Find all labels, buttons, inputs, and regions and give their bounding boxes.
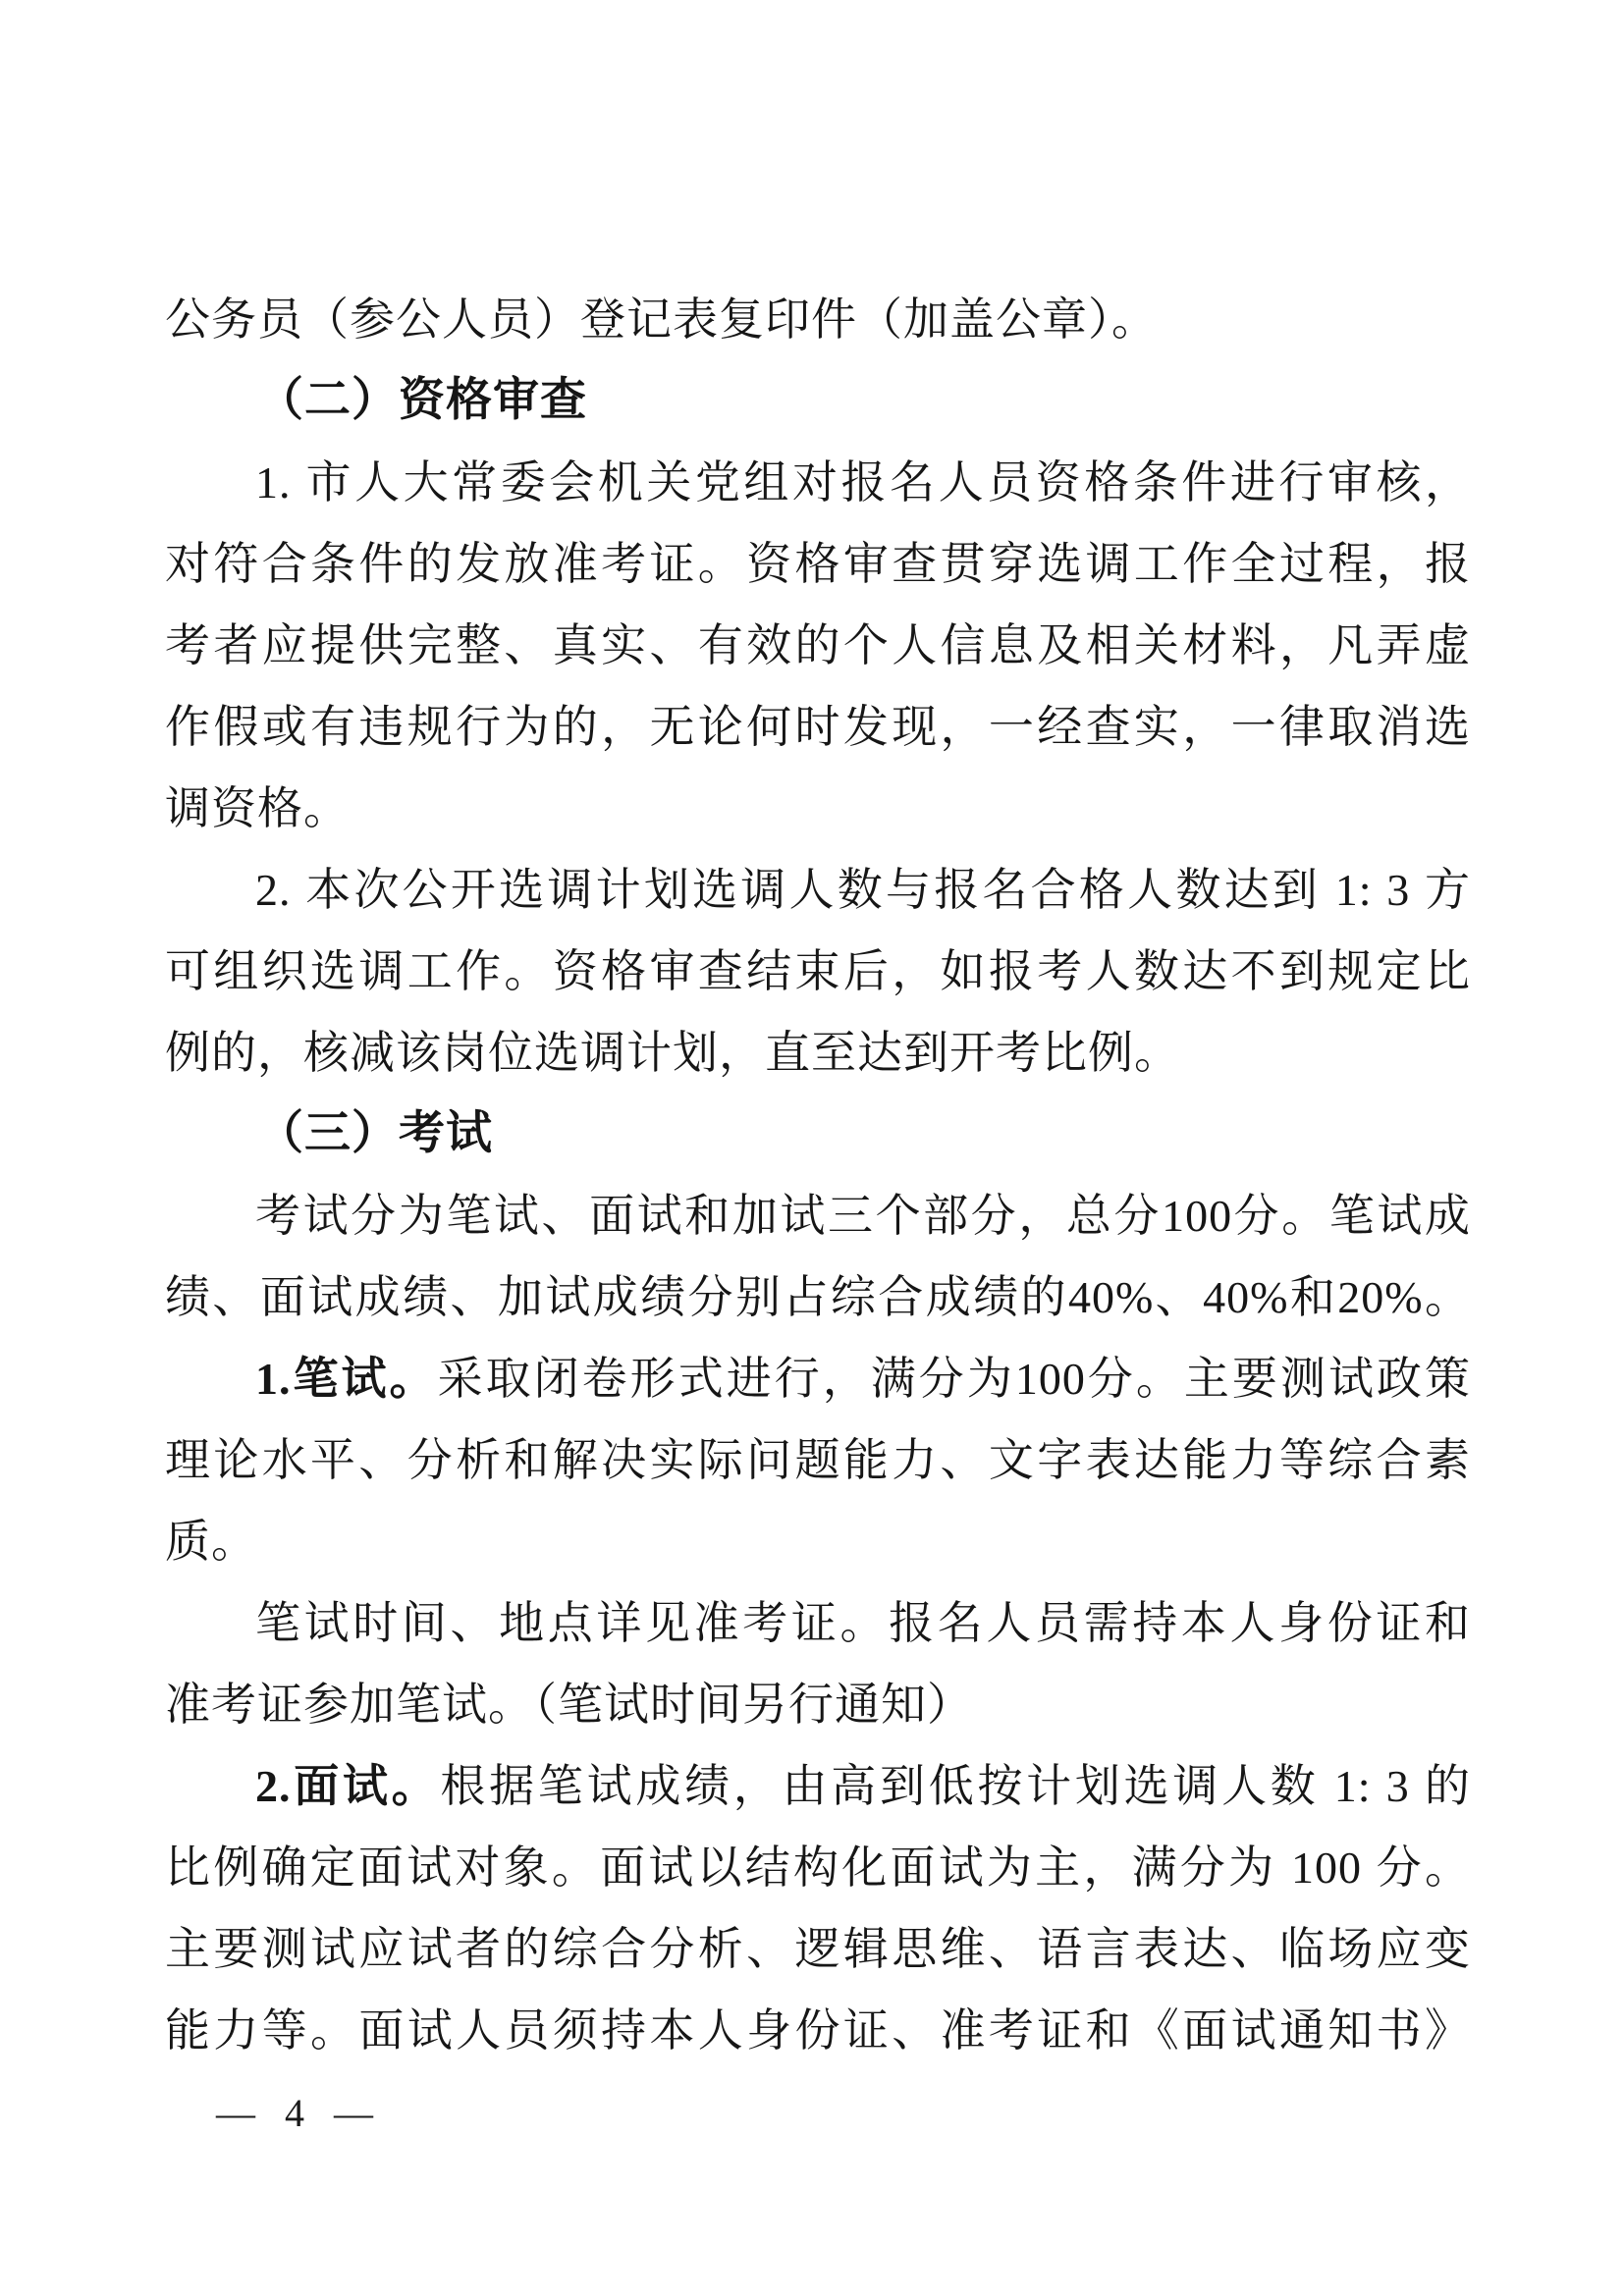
line-text: 可组织选调工作。资格审查结束后，如报考人数达不到规定比 xyxy=(165,946,1471,996)
line-text: 绩、面试成绩、加试成绩分别占综合成绩的40%、40%和20%。 xyxy=(165,1272,1471,1322)
text-line: 调资格。 xyxy=(165,768,1471,849)
line-text: 主要测试应试者的综合分析、逻辑思维、语言表达、临场应变 xyxy=(165,1924,1471,1974)
line-text: 理论水平、分析和解决实际问题能力、文字表达能力等综合素 xyxy=(165,1435,1471,1485)
text-line: 主要测试应试者的综合分析、逻辑思维、语言表达、临场应变 xyxy=(165,1908,1471,1990)
text-line: 例的，核减该岗位选调计划，直至达到开考比例。 xyxy=(165,1012,1471,1094)
line-text: 2. 本次公开选调计划选调人数与报名合格人数达到 1: 3 方 xyxy=(255,865,1471,915)
line-text: 能力等。面试人员须持本人身份证、准考证和《面试通知书》 xyxy=(165,2005,1471,2056)
text-line: 对符合条件的发放准考证。资格审查贯穿选调工作全过程，报 xyxy=(165,523,1471,605)
line-text: 质。 xyxy=(165,1517,257,1567)
text-line: 2. 本次公开选调计划选调人数与报名合格人数达到 1: 3 方 xyxy=(165,849,1471,931)
line-text: 准考证参加笔试。（笔试时间另行通知） xyxy=(165,1680,973,1730)
line-text: 采取闭卷形式进行，满分为100分。主要测试政策 xyxy=(438,1354,1471,1404)
line-text: 考者应提供完整、真实、有效的个人信息及相关材料，凡弄虚 xyxy=(165,620,1471,670)
text-line: 1.笔试。采取闭卷形式进行，满分为100分。主要测试政策 xyxy=(165,1338,1471,1419)
text-line: 笔试时间、地点详见准考证。报名人员需持本人身份证和 xyxy=(165,1582,1471,1664)
line-text: 作假或有违规行为的，无论何时发现，一经查实，一律取消选 xyxy=(165,702,1471,752)
line-text: 根据笔试成绩，由高到低按计划选调人数 1: 3 的 xyxy=(440,1761,1471,1811)
text-line: 考者应提供完整、真实、有效的个人信息及相关材料，凡弄虚 xyxy=(165,605,1471,686)
text-line: 比例确定面试对象。面试以结构化面试为主，满分为 100 分。 xyxy=(165,1827,1471,1908)
line-text: 笔试时间、地点详见准考证。报名人员需持本人身份证和 xyxy=(255,1598,1471,1648)
line-text: （三）考试 xyxy=(257,1108,493,1159)
text-line: 质。 xyxy=(165,1501,1471,1582)
line-text: 公务员（参公人员）登记表复印件（加盖公章）。 xyxy=(165,294,1158,345)
text-line: 准考证参加笔试。（笔试时间另行通知） xyxy=(165,1664,1471,1745)
line-bold-prefix: 1.笔试。 xyxy=(255,1354,438,1404)
text-line: 考试分为笔试、面试和加试三个部分，总分100分。笔试成 xyxy=(165,1175,1471,1256)
line-bold-prefix: 2.面试。 xyxy=(255,1761,440,1811)
page-footer: — 4 — xyxy=(216,2091,375,2136)
document-lines: 公务员（参公人员）登记表复印件（加盖公章）。（二）资格审查1. 市人大常委会机关… xyxy=(165,279,1471,2071)
text-line: 绩、面试成绩、加试成绩分别占综合成绩的40%、40%和20%。 xyxy=(165,1256,1471,1338)
text-line: 作假或有违规行为的，无论何时发现，一经查实，一律取消选 xyxy=(165,686,1471,768)
line-text: 比例确定面试对象。面试以结构化面试为主，满分为 100 分。 xyxy=(165,1842,1471,1893)
text-line: 理论水平、分析和解决实际问题能力、文字表达能力等综合素 xyxy=(165,1419,1471,1501)
line-text: 例的，核减该岗位选调计划，直至达到开考比例。 xyxy=(165,1028,1180,1078)
line-text: 对符合条件的发放准考证。资格审查贯穿选调工作全过程，报 xyxy=(165,539,1471,589)
text-line: 能力等。面试人员须持本人身份证、准考证和《面试通知书》 xyxy=(165,1990,1471,2071)
page-number: — 4 — xyxy=(216,2091,375,2135)
document-page: 公务员（参公人员）登记表复印件（加盖公章）。（二）资格审查1. 市人大常委会机关… xyxy=(0,0,1624,2296)
text-line: 2.面试。根据笔试成绩，由高到低按计划选调人数 1: 3 的 xyxy=(165,1745,1471,1827)
text-line: 公务员（参公人员）登记表复印件（加盖公章）。 xyxy=(165,279,1471,360)
line-text: 调资格。 xyxy=(165,783,350,833)
line-text: 考试分为笔试、面试和加试三个部分，总分100分。笔试成 xyxy=(255,1191,1471,1241)
line-text: 1. 市人大常委会机关党组对报名人员资格条件进行审核， xyxy=(255,457,1471,507)
text-line: （三）考试 xyxy=(165,1094,1471,1175)
text-line: 1. 市人大常委会机关党组对报名人员资格条件进行审核， xyxy=(165,442,1471,523)
text-line: 可组织选调工作。资格审查结束后，如报考人数达不到规定比 xyxy=(165,931,1471,1012)
line-text: （二）资格审查 xyxy=(257,375,587,426)
text-line: （二）资格审查 xyxy=(165,360,1471,442)
